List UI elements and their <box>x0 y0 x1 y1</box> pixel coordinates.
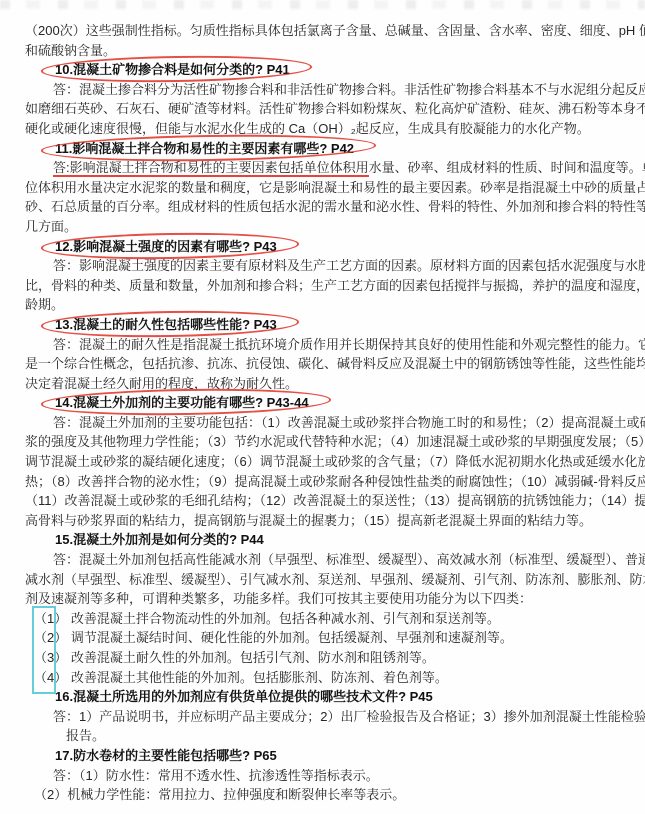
question-heading: 16.混凝土所选用的外加剂应有供货单位提供的哪些技术文件? P45 <box>25 687 625 707</box>
question-heading: 10.混凝土矿物掺合料是如何分类的? P41 <box>25 60 625 80</box>
document-page: （200次）这些强制性指标。匀质性指标具体包括氯离子含量、总碱量、含固量、含水率… <box>0 0 645 814</box>
answer-line: 是一个综合性概念，包括抗渗、抗冻、抗侵蚀、碳化、碱骨料反应及混凝土中的钢筋锈蚀等… <box>25 354 625 374</box>
list-item: （4） 改善混凝土其他性能的外加剂。包括膨胀剂、防冻剂、着色剂等。 <box>25 668 625 688</box>
answer-line: 答：混凝土外加剂的主要功能包括：（1）改善混凝土或砂浆拌合物施工时的和易性；（2… <box>25 413 625 433</box>
list-item: （3） 改善混凝土耐久性的外加剂。包括引气剂、防水剂和阻锈剂等。 <box>25 648 625 668</box>
answer-line: 位体积用水量决定水泥浆的数量和稠度，它是影响混凝土和易性的最主要因素。砂率是指混… <box>25 178 625 198</box>
answer-line: 答：混凝土外加剂包括高性能减水剂（早强型、标准型、缓凝型）、高效减水剂（标准型、… <box>25 550 625 570</box>
classification-list: （1） 改善混凝土拌合物流动性的外加剂。包括各种减水剂、引气剂和泵送剂等。（2）… <box>25 609 625 687</box>
answer-line: 砂、石总质量的百分率。组成材料的性质包括水泥的需水量和泌水性、骨料的特性、外加剂… <box>25 197 625 217</box>
red-underline-annotation: 答:影响混凝土拌合物和易性的主要因素包括单位体积用 <box>53 160 369 177</box>
question-heading: 12.影响混凝土强度的因素有哪些? P43 <box>25 237 625 257</box>
question-heading-text: 14.混凝土外加剂的主要功能有哪些? P43-44 <box>55 393 309 413</box>
question-heading: 11.影响混凝土拌合物和易性的主要因素有哪些? P42 <box>25 139 625 159</box>
question-heading: 17.防水卷材的主要性能包括哪些? P65 <box>25 746 625 766</box>
paragraph-line: （200次）这些强制性指标。匀质性指标具体包括氯离子含量、总碱量、含固量、含水率… <box>25 21 625 41</box>
answer-line: 如磨细石英砂、石灰石、硬矿渣等材料。活性矿物掺合料如粉煤灰、粒化高炉矿渣粉、硅灰… <box>25 99 625 119</box>
answer-line: 高骨料与砂浆界面的粘结力，提高钢筋与混凝土的握裹力；（15）提高新老混凝土界面的… <box>25 511 625 531</box>
question-heading: 15.混凝土外加剂是如何分类的? P44 <box>25 530 625 550</box>
question-heading: 14.混凝土外加剂的主要功能有哪些? P43-44 <box>25 393 625 413</box>
answer-line: 硬化或硬化速度很慢，但能与水泥水化生成的 Ca（OH）₂起反应，生成具有胶凝能力… <box>25 119 625 139</box>
answer-line: 报告。 <box>25 726 625 746</box>
answer-line: 答：混凝土的耐久性是指混凝土抵抗环境介质作用并长期保持其良好的使用性能和外观完整… <box>25 335 625 355</box>
question-heading-text: 10.混凝土矿物掺合料是如何分类的? P41 <box>55 60 290 80</box>
list-item: （1） 改善混凝土拌合物流动性的外加剂。包括各种减水剂、引气剂和泵送剂等。 <box>25 609 625 629</box>
scan-artifact <box>0 0 645 9</box>
answer-line: 答：影响混凝土强度的因素主要有原材料及生产工艺方面的因素。原材料方面的因素包括水… <box>25 256 625 276</box>
answer-line: 剂及速凝剂等多种，可谓种类繁多，功能多样。我们可按其主要使用功能分为以下四类： <box>25 589 625 609</box>
question-heading-text: 13.混凝土的耐久性包括哪些性能? P43 <box>55 315 277 335</box>
question-heading-text: 15.混凝土外加剂是如何分类的? P44 <box>55 530 264 550</box>
answer-line: （2）机械力学性能：常用拉力、拉伸强度和断裂伸长率等表示。 <box>25 785 625 805</box>
answer-line: 龄期。 <box>25 295 625 315</box>
answer-line: 答：1）产品说明书，并应标明产品主要成分；2）出厂检验报告及合格证；3）掺外加剂… <box>25 707 625 727</box>
answer-line: 几方面。 <box>25 217 625 237</box>
question-heading-text: 17.防水卷材的主要性能包括哪些? P65 <box>55 746 277 766</box>
answer-line: （11）改善混凝土或砂浆的毛细孔结构；（12）改善混凝土的泵送性；（13）提高钢… <box>25 491 625 511</box>
answer-line: 答：（1）防水性：常用不透水性、抗渗透性等指标表示。 <box>25 766 625 786</box>
question-heading: 13.混凝土的耐久性包括哪些性能? P43 <box>25 315 625 335</box>
answer-line: 调节混凝土或砂浆的凝结硬化速度；（6）调节混凝土或砂浆的含气量；（7）降低水泥初… <box>25 452 625 472</box>
answer-line: 浆的强度及其他物理力学性能；（3）节约水泥或代替特种水泥；（4）加速混凝土或砂浆… <box>25 432 625 452</box>
answer-line: 答:影响混凝土拌合物和易性的主要因素包括单位体积用水量、砂率、组成材料的性质、时… <box>25 158 625 178</box>
question-heading-text: 12.影响混凝土强度的因素有哪些? P43 <box>55 237 277 257</box>
paragraph-line: 和硫酸钠含量。 <box>25 41 625 61</box>
answer-line: 答：混凝土掺合料分为活性矿物掺合料和非活性矿物掺合料。非活性矿物掺合料基本不与水… <box>25 80 625 100</box>
answer-line: 减水剂（早强型、标准型、缓凝型）、引气减水剂、泵送剂、早强剂、缓凝剂、引气剂、防… <box>25 570 625 590</box>
question-heading-text: 11.影响混凝土拌合物和易性的主要因素有哪些? P42 <box>55 139 354 159</box>
question-heading-text: 16.混凝土所选用的外加剂应有供货单位提供的哪些技术文件? P45 <box>55 687 433 707</box>
answer-line: 热；（8）改善拌合物的泌水性；（9）提高混凝土或砂浆耐各种侵蚀性盐类的耐腐蚀性；… <box>25 472 625 492</box>
document-body: （200次）这些强制性指标。匀质性指标具体包括氯离子含量、总碱量、含固量、含水率… <box>25 21 625 805</box>
answer-line: 比，骨料的种类、质量和数量，外加剂和掺合料；生产工艺方面的因素包括搅拌与振捣，养… <box>25 276 625 296</box>
answer-line: 决定着混凝土经久耐用的程度，故称为耐久性。 <box>25 374 625 394</box>
list-item: （2） 调节混凝土凝结时间、硬化性能的外加剂。包括缓凝剂、早强剂和速凝剂等。 <box>25 628 625 648</box>
